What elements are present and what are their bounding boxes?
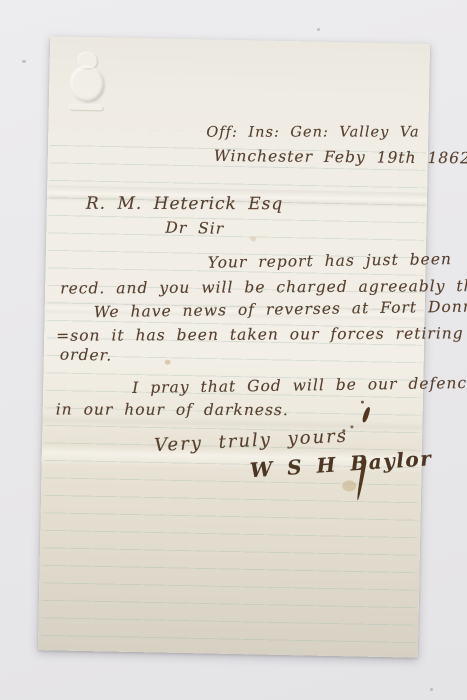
body-line-5: order. — [60, 348, 113, 365]
body-line-3: We have news of reverses at Fort Donnel- — [94, 299, 467, 320]
photo-background: Off: Ins: Gen: Valley Va Winchester Feby… — [0, 0, 467, 700]
ink-dot — [350, 425, 353, 428]
letter-sheet: Off: Ins: Gen: Valley Va Winchester Feby… — [38, 36, 430, 658]
seal-crown — [79, 53, 97, 68]
background-speck — [430, 688, 433, 691]
age-stain — [342, 480, 356, 491]
addressee-line: R. M. Heterick Esq — [86, 196, 283, 214]
closing-line: Very truly yours — [154, 428, 349, 456]
embossed-seal-icon — [65, 53, 112, 118]
salutation-line: Dr Sir — [165, 221, 224, 238]
body-line-1: Your report has just been — [208, 252, 452, 271]
seal-oval — [71, 67, 104, 102]
background-speck — [22, 60, 26, 63]
body-line-4: =son it has been taken our forces retiri… — [56, 326, 467, 344]
body-line-7: in our hour of darkness. — [56, 402, 289, 418]
body-line-6: I pray that God will be our defence — [132, 376, 467, 397]
heading-place-date-line: Winchester Feby 19th 1862 — [214, 149, 467, 167]
ink-dot — [361, 401, 364, 404]
seal-motto — [69, 105, 103, 111]
age-stain — [165, 360, 171, 365]
body-line-2: recd. and you will be charged agreeably … — [60, 279, 467, 297]
age-stain — [250, 236, 256, 241]
signature: W S H Baylor — [249, 448, 433, 480]
ink-blot — [362, 406, 371, 423]
heading-office-line: Off: Ins: Gen: Valley Va — [206, 125, 419, 140]
background-speck — [317, 28, 320, 31]
